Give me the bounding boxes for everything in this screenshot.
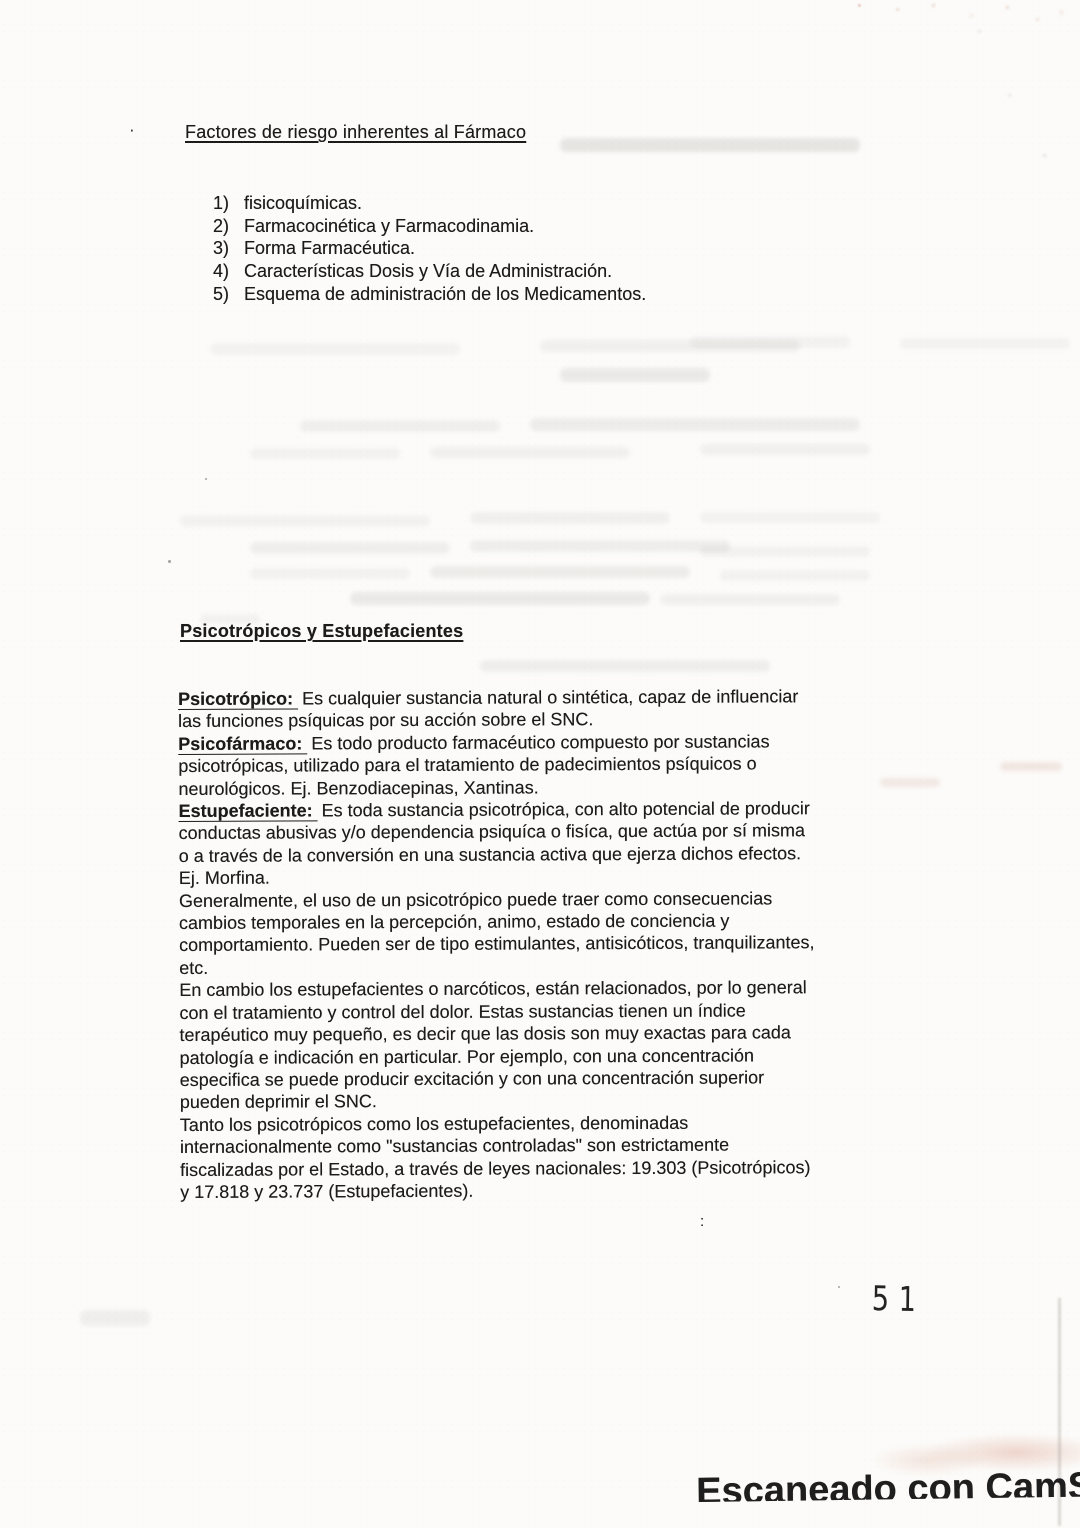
camscanner-watermark: Escaneado con CamScanner [696,1470,1080,1502]
scan-artifact [700,444,870,455]
body-line: Psicotrópico:Es cualquier sustancia natu… [178,685,813,710]
scan-artifact [560,138,860,152]
scan-artifact [560,368,710,382]
scan-artifact [430,566,690,578]
list-item-number: 5) [213,283,244,306]
list-item: 4)Características Dosis y Vía de Adminis… [213,260,646,283]
list-item-label: fisicoquímicas. [244,193,362,213]
body-line: las funciones psíquicas por su acción so… [178,708,813,733]
body-line: psicotrópicas, utilizado para el tratami… [178,752,813,777]
scan-artifact [470,540,730,552]
body-line: patología e indicación en particular. Po… [180,1044,815,1069]
scan-noise-top-right [858,4,861,7]
body-line-text: Es toda sustancia psicotrópica, con alto… [322,798,810,820]
body-line: con el tratamiento y control del dolor. … [179,999,814,1024]
scan-artifact [200,614,260,624]
list-item-label: Farmacocinética y Farmacodinamia. [244,216,534,236]
body-line: etc. [179,954,814,979]
scan-artifact [180,515,430,527]
body-line: Psicofármaco:Es todo producto farmacéuti… [178,730,813,755]
body-line: En cambio los estupefacientes o narcótic… [179,977,814,1002]
list-item-number: 2) [213,215,244,238]
stray-colon-mark: : [700,1214,704,1229]
body-line: especifica se puede producir excitación … [180,1066,815,1091]
list-item-number: 4) [213,260,244,283]
scan-artifact [900,338,1070,349]
scan-artifact [700,546,870,557]
body-line: Estupefaciente:Es toda sustancia psicotr… [178,797,813,822]
scan-artifact [300,420,500,432]
scan-ink-dot [205,478,207,480]
list-item: 3)Forma Farmacéutica. [213,237,646,260]
watermark-text: Escaneado con CamScanner [696,1470,1080,1502]
body-line: internacionalmente como "sustancias cont… [180,1133,815,1158]
scan-artifact [350,592,650,605]
list-item-label: Forma Farmacéutica. [244,238,415,258]
body-line: terapéutico muy pequeño, es decir que la… [179,1021,814,1046]
body-line: Generalmente, el uso de un psicotrópico … [179,887,814,912]
list-item: 2)Farmacocinética y Farmacodinamia. [213,215,646,238]
term-psicotropico: Psicotrópico: [178,688,298,710]
body-line: conductas abusivas y/o dependencia psiqu… [179,820,814,845]
body-line: Ej. Morfina. [179,864,814,889]
list-item-number: 3) [213,237,244,260]
body-line: Tanto los psicotrópicos como los estupef… [180,1111,815,1136]
scan-artifact [530,418,860,431]
body-line: cambios temporales en la percepción, ani… [179,909,814,934]
term-psicofarmaco: Psicofármaco: [178,733,307,755]
scan-ink-dot [168,560,171,563]
scan-artifact [430,447,630,458]
body-line-text: Es cualquier sustancia natural o sintéti… [302,686,798,708]
scan-artifact [470,512,670,524]
list-item: 1)fisicoquímicas. [213,192,646,215]
list-item-label: Esquema de administración de los Medicam… [244,284,646,304]
handwritten-page-number: 51 [871,1279,925,1320]
scan-artifact [250,568,410,579]
body-line: pueden deprimir el SNC. [180,1089,815,1114]
scan-artifact [1000,762,1062,771]
scan-artifact [80,1310,150,1326]
list-item: 5)Esquema de administración de los Medic… [213,283,646,306]
scan-artifact [660,594,840,605]
scan-artifact [250,448,400,459]
stray-ink-dot: · [129,120,135,140]
body-line: o a través de la conversión en una susta… [179,842,814,867]
body-line: comportamiento. Pueden ser de tipo estim… [179,932,814,957]
scan-artifact [690,336,850,348]
body-line: y 17.818 y 23.737 (Estupefacientes). [180,1178,815,1203]
scan-artifact [250,542,450,554]
scan-ink-dot [838,1286,840,1288]
scanned-page: · Factores de riesgo inherentes al Fárma… [0,0,1080,1528]
body-text-block: Psicotrópico:Es cualquier sustancia natu… [178,685,816,1203]
scan-artifact [210,343,460,355]
scan-artifact [480,660,770,672]
scan-artifact [880,778,940,787]
scan-artifact [720,570,870,581]
list-item-label: Características Dosis y Vía de Administr… [244,261,612,281]
list-item-number: 1) [213,192,244,215]
body-line: fiscalizadas por el Estado, a través de … [180,1156,815,1181]
body-line-text: Es todo producto farmacéutico compuesto … [311,731,769,753]
scan-artifact [700,512,880,523]
document-title: Factores de riesgo inherentes al Fármaco [185,121,526,143]
risk-factors-list: 1)fisicoquímicas. 2)Farmacocinética y Fa… [213,192,646,306]
term-estupefaciente: Estupefaciente: [178,800,317,822]
body-line: neurológicos. Ej. Benzodiacepinas, Xanti… [178,775,813,800]
